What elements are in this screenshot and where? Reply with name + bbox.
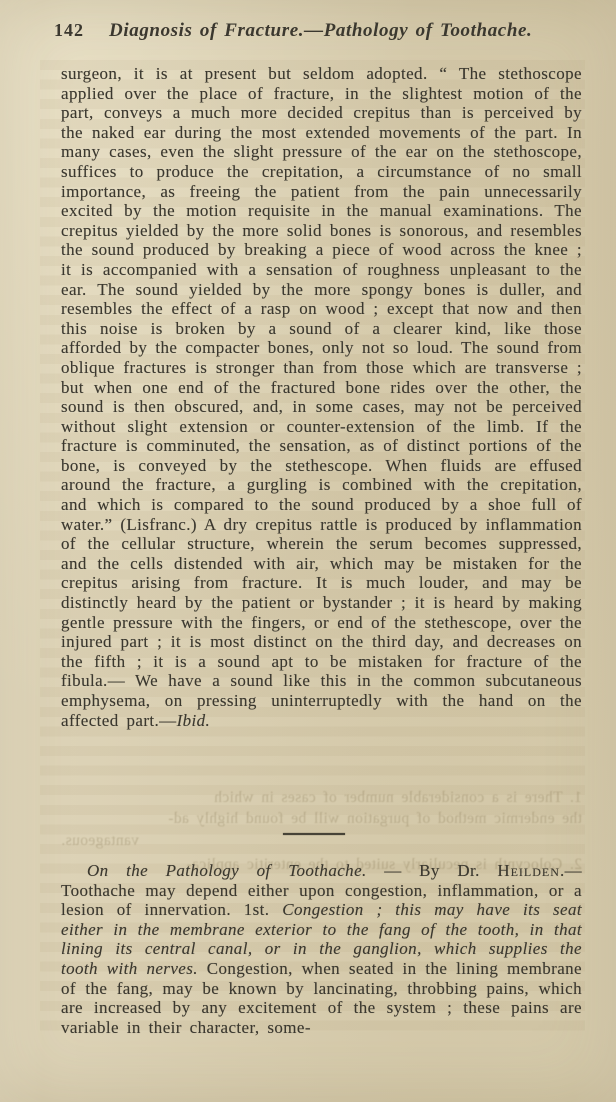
section-divider-rule	[283, 833, 345, 835]
ghost-line: 1. There is a considerable number of cas…	[61, 788, 582, 808]
running-title: Diagnosis of Fracture.—Pathology of Toot…	[109, 20, 532, 42]
article-fracture-continuation: surgeon, it is at present but seldom ado…	[61, 64, 582, 730]
article-toothache: On the Pathology of Toothache. — By Dr. …	[61, 861, 582, 1037]
text-segment: Heilden	[497, 861, 560, 880]
running-head: 142 Diagnosis of Fracture.—Pathology of …	[0, 20, 616, 46]
page-number: 142	[54, 20, 84, 41]
scanned-page: 1. There is a considerable number of cas…	[0, 0, 616, 1102]
text-segment: On the Pathology of Toothache.	[87, 861, 367, 880]
text-segment: Ibid.	[177, 711, 211, 730]
paragraph: surgeon, it is at present but seldom ado…	[61, 64, 582, 730]
ghost-line: the endermic method of purgation will be…	[61, 809, 582, 829]
paragraph: On the Pathology of Toothache. — By Dr. …	[61, 861, 582, 1037]
text-segment: — By Dr.	[367, 861, 498, 880]
text-segment: surgeon, it is at present but seldom ado…	[61, 64, 582, 730]
